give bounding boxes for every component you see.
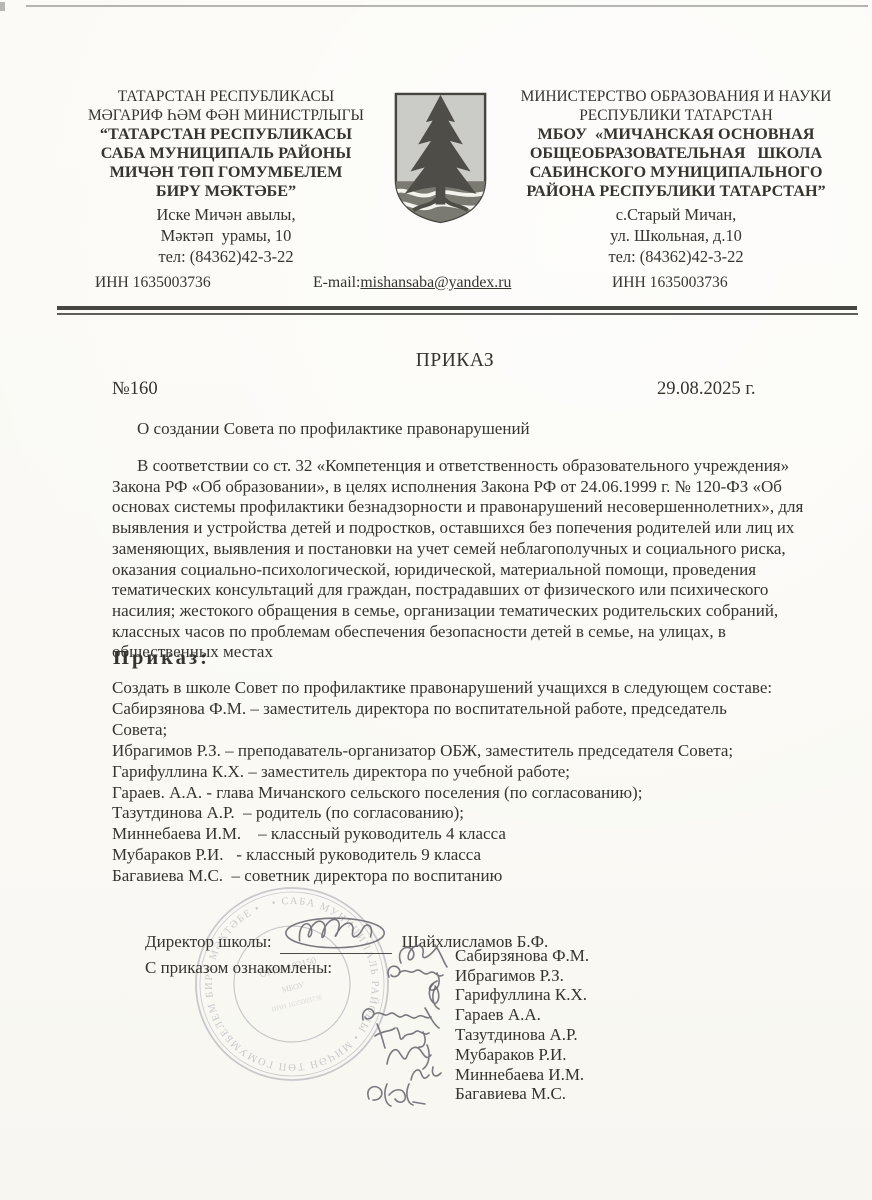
order-title: ПРИКАЗ — [0, 350, 872, 372]
school-name-rus-line: ОБЩЕОБРАЗОВАТЕЛЬНАЯ ШКОЛА — [492, 144, 860, 163]
inn-left: ИНН 1635003736 — [95, 274, 211, 292]
school-name-tat: “ТАТАРСТАН РЕСПУБЛИКАСЫ САБА МУНИЦИПАЛЬ … — [60, 125, 392, 200]
email-address-link[interactable]: mishansaba@yandex.ru — [360, 274, 511, 291]
acknowledgers-list: Сабирзянова Ф.М. Ибрагимов Р.З. Гарифулл… — [355, 946, 589, 1104]
address-rus: с.Старый Мичан, ул. Школьная, д.10 тел: … — [492, 204, 860, 267]
address-tat: Иске Мичән авылы, Мәктәп урамы, 10 тел: … — [60, 204, 392, 267]
address-tat-line: Иске Мичән авылы, — [60, 204, 392, 225]
address-rus-line: с.Старый Мичан, — [492, 204, 860, 225]
order-subject: О создании Совета по профилактике правон… — [137, 419, 530, 439]
decree-heading: Приказ: — [113, 647, 210, 670]
phone-rus: тел: (84362)42-3-22 — [492, 246, 860, 267]
council-member-list: Создать в школе Совет по профилактике пр… — [112, 678, 778, 887]
order-date: 29.08.2025 г. — [657, 378, 756, 400]
ack-name: Миннебаева И.М. — [455, 1065, 584, 1085]
ministry-line-rus2: РЕСПУБЛИКИ ТАТАРСТАН — [492, 107, 860, 126]
ack-name: Мубараков Р.И. — [455, 1045, 567, 1065]
list-item: Гараев. А.А. - глава Мичанского сельског… — [112, 783, 778, 804]
ack-name: Тазутдинова А.Р. — [455, 1025, 578, 1045]
address-rus-line: ул. Школьная, д.10 — [492, 225, 860, 246]
school-name-tat-line: САБА МУНИЦИПАЛЬ РАЙОНЫ — [60, 144, 392, 163]
letterhead: ТАТАРСТАН РЕСПУБЛИКАСЫ МӘГАРИФ ҺӘМ ФӘН М… — [60, 88, 860, 267]
handwritten-signature — [355, 1079, 451, 1109]
list-item: Миннебаева И.М. – классный руководитель … — [112, 824, 778, 845]
order-preamble: В соответствии со ст. 32 «Компетенция и … — [112, 456, 822, 663]
school-name-rus: МБОУ «МИЧАНСКАЯ ОСНОВНАЯ ОБЩЕОБРАЗОВАТЕЛ… — [492, 125, 860, 200]
svg-text:ИНН 1635003736: ИНН 1635003736 — [271, 993, 324, 1013]
scan-artifact — [0, 2, 5, 11]
fir-tree-coat-of-arms-icon — [392, 90, 489, 224]
letterhead-left-column: ТАТАРСТАН РЕСПУБЛИКАСЫ МӘГАРИФ ҺӘМ ФӘН М… — [60, 88, 392, 267]
ack-name: Гараев А.А. — [455, 1005, 541, 1025]
scan-edge-line — [26, 5, 868, 7]
address-tat-line: Мәктәп урамы, 10 — [60, 225, 392, 246]
director-label: Директор школы: — [145, 932, 272, 954]
order-number: №160 — [112, 378, 158, 400]
ministry-line-tat: ТАТАРСТАН РЕСПУБЛИКАСЫ — [60, 88, 392, 107]
list-item: Ибрагимов Р.З. – преподаватель-организат… — [112, 741, 778, 762]
district-emblem — [392, 88, 492, 267]
email-label: E-mail: — [313, 274, 360, 291]
list-item: Тазутдинова А.Р. – родитель (по согласов… — [112, 803, 778, 824]
list-item: Багавиева М.С. – советник директора по в… — [112, 866, 778, 887]
ministry-line-rus: МИНИСТЕРСТВО ОБРАЗОВАНИЯ И НАУКИ — [492, 88, 860, 107]
ack-name: Багавиева М.С. — [455, 1084, 566, 1104]
scanned-order-page: ТАТАРСТАН РЕСПУБЛИКАСЫ МӘГАРИФ ҺӘМ ФӘН М… — [0, 0, 872, 1200]
list-item: Сабирзянова Ф.М. – заместитель директора… — [112, 699, 778, 741]
letterhead-divider-thick — [57, 306, 857, 310]
ack-name: Ибрагимов Р.З. — [455, 966, 564, 986]
phone-tat: тел: (84362)42-3-22 — [60, 246, 392, 267]
school-name-tat-line: “ТАТАРСТАН РЕСПУБЛИКАСЫ — [60, 125, 392, 144]
ministry-line-tat2: МӘГАРИФ ҺӘМ ФӘН МИНИСТРЛЫГЫ — [60, 107, 392, 126]
letterhead-divider-thin — [57, 313, 858, 315]
school-name-rus-line: РАЙОНА РЕСПУБЛИКИ ТАТАРСТАН” — [492, 182, 860, 201]
ack-row: Багавиева М.С. — [355, 1085, 589, 1105]
ack-name: Гарифуллина К.Х. — [455, 985, 587, 1005]
list-item: Мубараков Р.И. - классный руководитель 9… — [112, 845, 778, 866]
letterhead-right-column: МИНИСТЕРСТВО ОБРАЗОВАНИЯ И НАУКИ РЕСПУБЛ… — [492, 88, 860, 267]
school-name-tat-line: МИЧӘН ТӨП ГОМУМБЕЛЕМ — [60, 163, 392, 182]
email-line: E-mail:mishansaba@yandex.ru — [313, 274, 511, 292]
school-name-rus-line: МБОУ «МИЧАНСКАЯ ОСНОВНАЯ — [492, 125, 860, 144]
school-name-tat-line: БИРҮ МӘКТӘБЕ” — [60, 182, 392, 201]
list-intro: Создать в школе Совет по профилактике пр… — [112, 678, 778, 699]
list-item: Гарифуллина К.Х. – заместитель директора… — [112, 762, 778, 783]
svg-text:МБОУ: МБОУ — [281, 980, 305, 994]
inn-right: ИНН 1635003736 — [612, 274, 728, 292]
acknowledged-label: С приказом ознакомлены: — [145, 958, 332, 978]
school-name-rus-line: САБИНСКОГО МУНИЦИПАЛЬНОГО — [492, 163, 860, 182]
ack-name: Сабирзянова Ф.М. — [455, 946, 589, 966]
